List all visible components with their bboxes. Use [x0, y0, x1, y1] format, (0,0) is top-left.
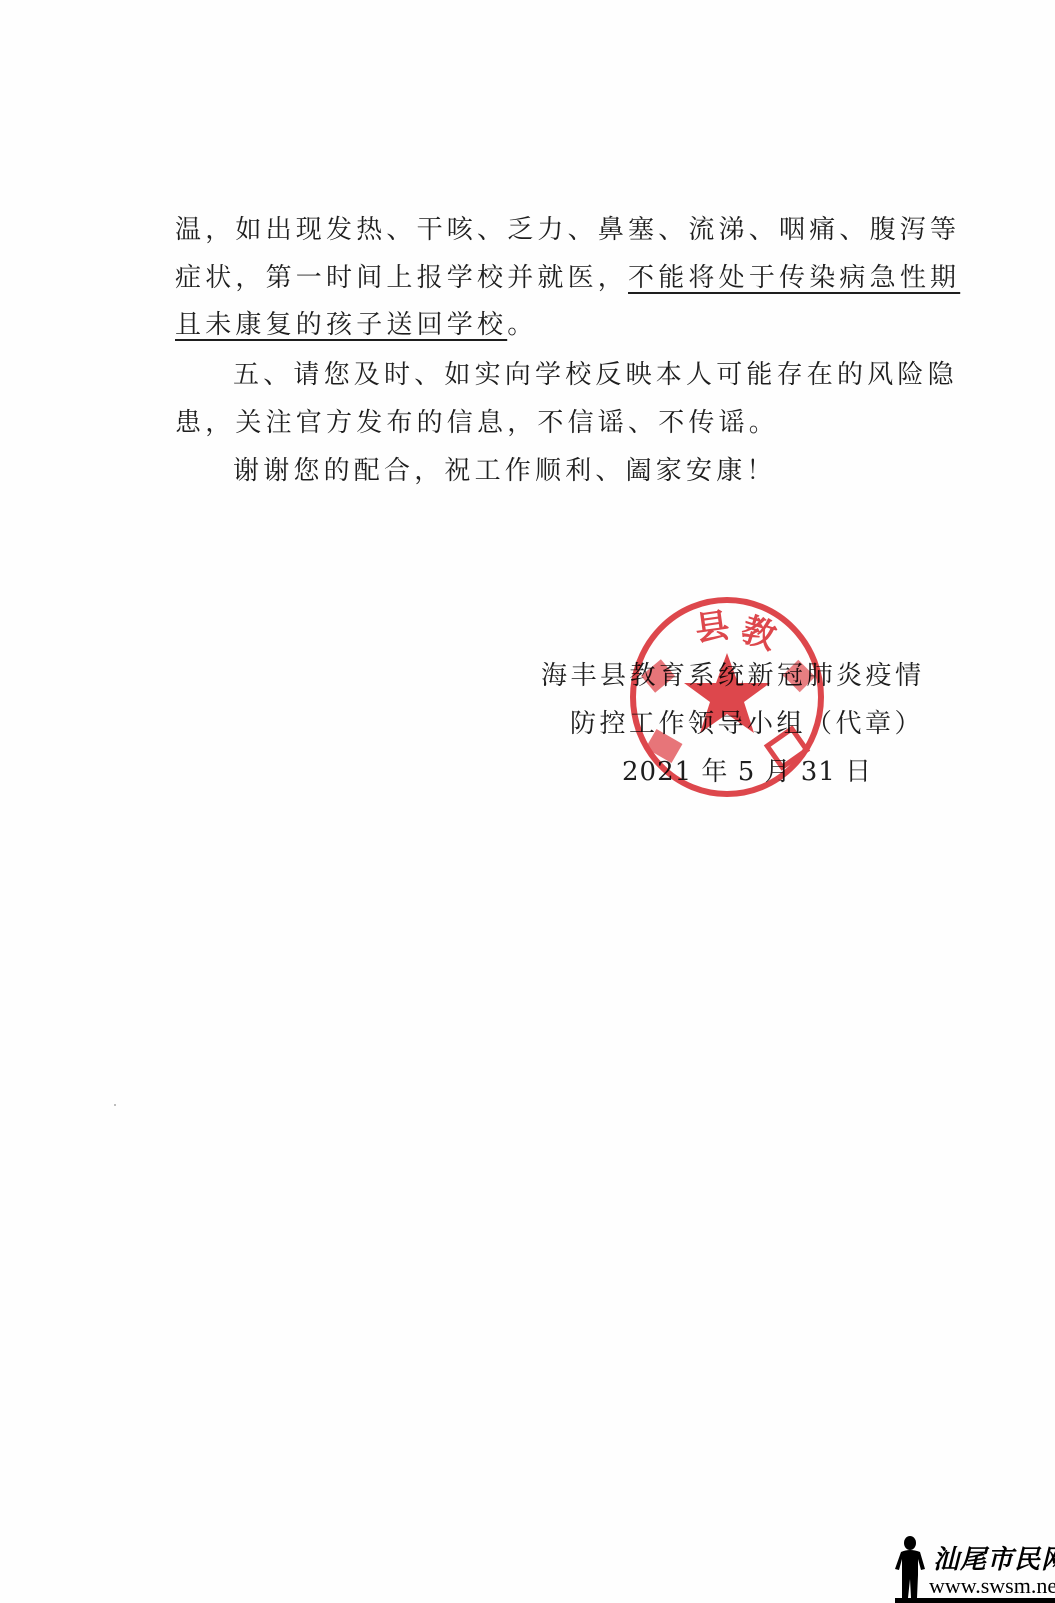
site-watermark: 汕尾市民网 www.swsm.net — [895, 1535, 1055, 1603]
body-line-4: 五、请您及时、如实向学校反映本人可能存在的风险隐 — [233, 359, 993, 391]
body-line-3: 且未康复的孩子送回学校。 — [175, 309, 935, 341]
body-text: 温，如出现发热、干咳、乏力、鼻塞、流涕、咽痛、腹泻等 — [175, 215, 960, 245]
watermark-url: www.swsm.net — [929, 1573, 1055, 1599]
document-page: 温，如出现发热、干咳、乏力、鼻塞、流涕、咽痛、腹泻等 症状，第一时间上报学校并就… — [0, 0, 1055, 1603]
seal-icon: 县 教 — [627, 595, 827, 800]
body-line-1: 温，如出现发热、干咳、乏力、鼻塞、流涕、咽痛、腹泻等 — [175, 214, 935, 246]
underlined-emphasis-text: 且未康复的孩子送回学校 — [175, 310, 507, 340]
body-text: 症状，第一时间上报学校并就医， — [175, 263, 628, 293]
person-silhouette-icon — [895, 1535, 931, 1601]
body-line-6-closing: 谢谢您的配合，祝工作顺利、阖家安康！ — [233, 455, 993, 487]
body-text: 。 — [507, 310, 537, 340]
underlined-emphasis-text: 不能将处于传染病急性期 — [628, 263, 960, 293]
official-seal-stamp: 县 教 — [627, 595, 827, 800]
scan-speck — [114, 1104, 116, 1106]
body-line-5: 患，关注官方发布的信息，不信谣、不传谣。 — [175, 407, 935, 439]
body-line-2: 症状，第一时间上报学校并就医，不能将处于传染病急性期 — [175, 262, 935, 294]
body-text: 五、请您及时、如实向学校反映本人可能存在的风险隐 — [233, 360, 958, 390]
watermark-title: 汕尾市民网 — [933, 1539, 1055, 1576]
seal-char: 县 — [693, 606, 732, 650]
body-text: 谢谢您的配合，祝工作顺利、阖家安康！ — [233, 456, 777, 486]
watermark-baseline — [895, 1598, 1055, 1603]
body-text: 患，关注官方发布的信息，不信谣、不传谣。 — [175, 408, 779, 438]
star-icon — [684, 653, 770, 733]
